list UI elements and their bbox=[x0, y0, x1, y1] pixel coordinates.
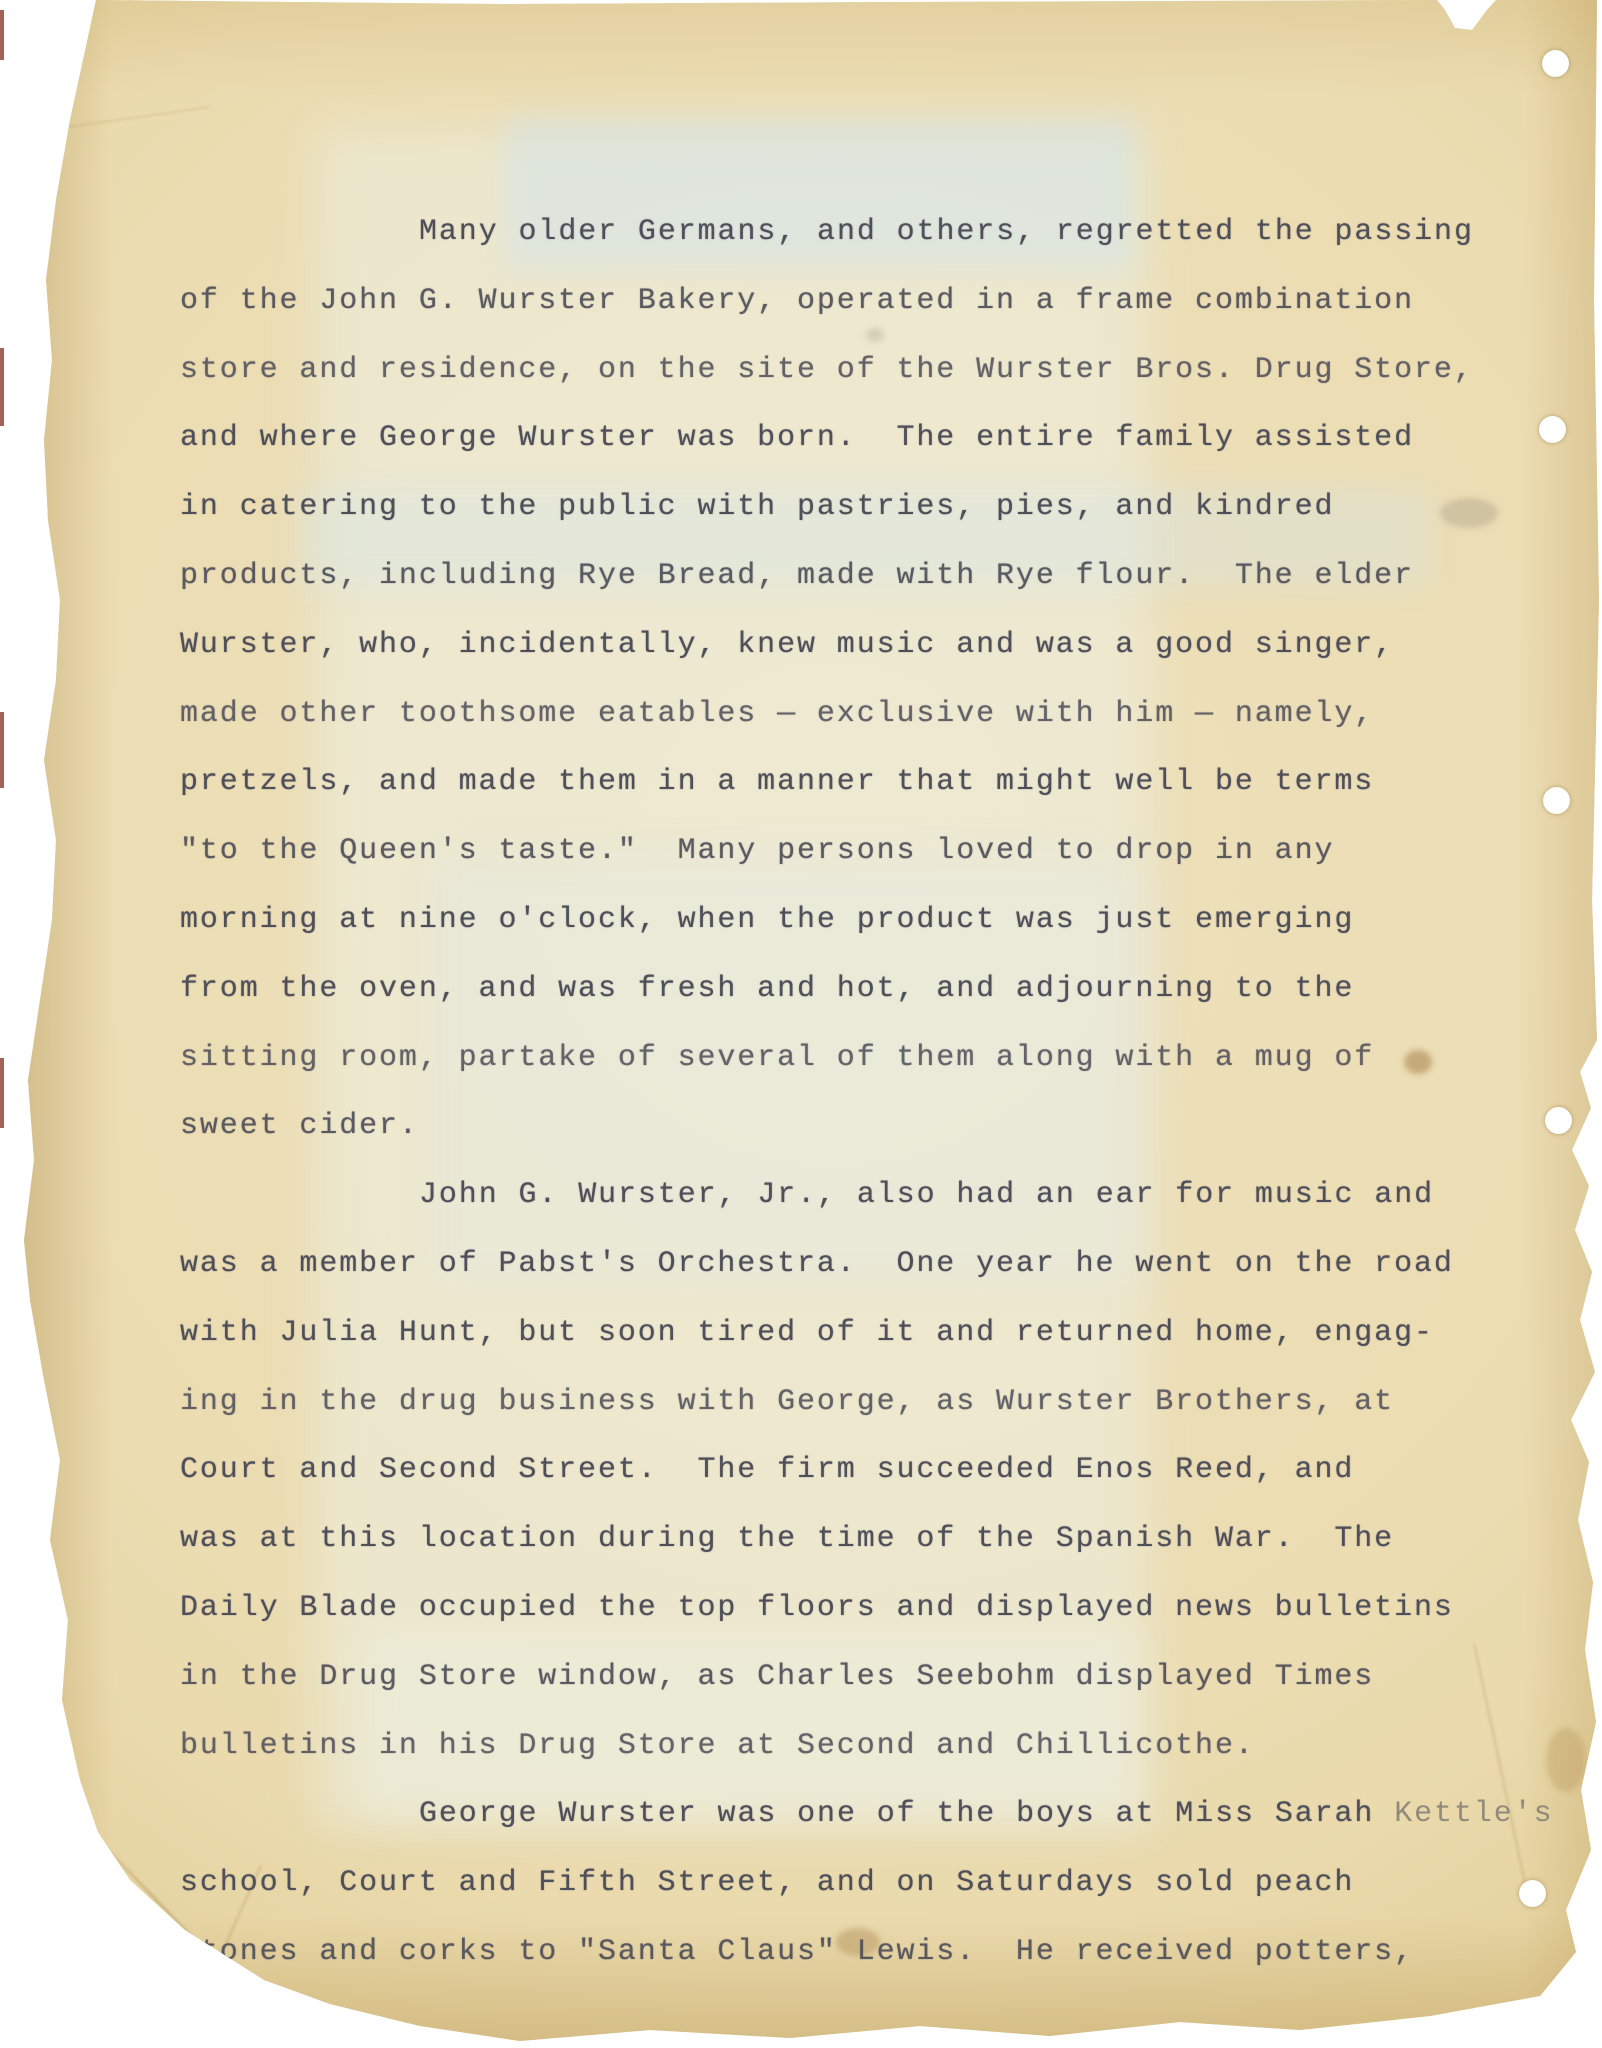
text-line: ing in the drug business with George, as… bbox=[180, 1382, 1510, 1451]
text-line-main: was a member of Pabst's Orchestra. One y… bbox=[180, 1247, 1454, 1281]
text-line: made other toothsome eatables — exclusiv… bbox=[180, 694, 1510, 763]
text-line-main: stones and corks to "Santa Claus" Lewis.… bbox=[180, 1935, 1414, 1969]
foxing-spot bbox=[1546, 1728, 1586, 1792]
text-line-main: sitting room, partake of several of them… bbox=[180, 1041, 1374, 1075]
text-line: was a member of Pabst's Orchestra. One y… bbox=[180, 1244, 1510, 1313]
text-line: Wurster, who, incidentally, knew music a… bbox=[180, 625, 1510, 694]
text-line-main: store and residence, on the site of the … bbox=[180, 353, 1474, 387]
text-line: "to the Queen's taste." Many persons lov… bbox=[180, 831, 1510, 900]
text-line-main: school, Court and Fifth Street, and on S… bbox=[180, 1866, 1354, 1900]
text-line: products, including Rye Bread, made with… bbox=[180, 556, 1510, 625]
text-line-main: was at this location during the time of … bbox=[180, 1522, 1394, 1556]
text-line: morning at nine o'clock, when the produc… bbox=[180, 900, 1510, 969]
text-line: John G. Wurster, Jr., also had an ear fo… bbox=[180, 1175, 1510, 1244]
text-line: with Julia Hunt, but soon tired of it an… bbox=[180, 1313, 1510, 1382]
text-line-main: morning at nine o'clock, when the produc… bbox=[180, 903, 1354, 937]
text-line: in the Drug Store window, as Charles See… bbox=[180, 1657, 1510, 1726]
binder-edge-mark bbox=[0, 10, 4, 60]
text-line: sweet cider. bbox=[180, 1106, 1510, 1175]
text-line-main: from the oven, and was fresh and hot, an… bbox=[180, 972, 1354, 1006]
text-line-main: John G. Wurster, Jr., also had an ear fo… bbox=[419, 1178, 1434, 1212]
binder-edge-mark bbox=[0, 712, 4, 788]
text-line-main: products, including Rye Bread, made with… bbox=[180, 559, 1414, 593]
punch-hole bbox=[1543, 787, 1570, 814]
text-line: was at this location during the time of … bbox=[180, 1519, 1510, 1588]
text-line-main: Many older Germans, and others, regrette… bbox=[419, 215, 1474, 249]
text-line-main: made other toothsome eatables — exclusiv… bbox=[180, 697, 1374, 731]
text-line: George Wurster was one of the boys at Mi… bbox=[180, 1794, 1510, 1863]
text-line-main: Court and Second Street. The firm succee… bbox=[180, 1453, 1354, 1487]
binder-edge-mark bbox=[0, 348, 4, 426]
text-line-main: pretzels, and made them in a manner that… bbox=[180, 765, 1374, 799]
punch-hole bbox=[1545, 1107, 1572, 1134]
text-line-main: "to the Queen's taste." Many persons lov… bbox=[180, 834, 1334, 868]
text-line-main: and where George Wurster was born. The e… bbox=[180, 421, 1414, 455]
text-line: sitting room, partake of several of them… bbox=[180, 1038, 1510, 1107]
binder-edge-mark bbox=[0, 1058, 4, 1128]
punch-hole bbox=[1542, 50, 1569, 77]
text-line-main: of the John G. Wurster Bakery, operated … bbox=[180, 284, 1414, 318]
text-line: in catering to the public with pastries,… bbox=[180, 487, 1510, 556]
text-line: Daily Blade occupied the top floors and … bbox=[180, 1588, 1510, 1657]
text-line: Many older Germans, and others, regrette… bbox=[180, 212, 1510, 281]
text-line-main: in the Drug Store window, as Charles See… bbox=[180, 1660, 1374, 1694]
text-line-main: Wurster, who, incidentally, knew music a… bbox=[180, 628, 1394, 662]
text-line-main: with Julia Hunt, but soon tired of it an… bbox=[180, 1316, 1434, 1350]
text-line-main: in catering to the public with pastries,… bbox=[180, 490, 1334, 524]
typewritten-text: Many older Germans, and others, regrette… bbox=[180, 212, 1510, 2001]
text-line-main: sweet cider. bbox=[180, 1109, 419, 1143]
text-line: school, Court and Fifth Street, and on S… bbox=[180, 1863, 1510, 1932]
text-line: from the oven, and was fresh and hot, an… bbox=[180, 969, 1510, 1038]
text-line: stones and corks to "Santa Claus" Lewis.… bbox=[180, 1932, 1510, 2001]
text-line-tail: Kettle's bbox=[1394, 1797, 1553, 1831]
scanned-page-canvas: Many older Germans, and others, regrette… bbox=[0, 0, 1602, 2048]
text-line: of the John G. Wurster Bakery, operated … bbox=[180, 281, 1510, 350]
text-line-main: ing in the drug business with George, as… bbox=[180, 1385, 1394, 1419]
paper-sheet: Many older Germans, and others, regrette… bbox=[0, 0, 1602, 2048]
text-line: and where George Wurster was born. The e… bbox=[180, 418, 1510, 487]
punch-hole bbox=[1519, 1880, 1546, 1907]
text-line-main: bulletins in his Drug Store at Second an… bbox=[180, 1729, 1255, 1763]
text-line: Court and Second Street. The firm succee… bbox=[180, 1450, 1510, 1519]
text-line: bulletins in his Drug Store at Second an… bbox=[180, 1726, 1510, 1795]
text-line: store and residence, on the site of the … bbox=[180, 350, 1510, 419]
text-line: pretzels, and made them in a manner that… bbox=[180, 762, 1510, 831]
text-line-main: George Wurster was one of the boys at Mi… bbox=[419, 1797, 1394, 1831]
punch-hole bbox=[1539, 416, 1566, 443]
text-line-main: Daily Blade occupied the top floors and … bbox=[180, 1591, 1454, 1625]
